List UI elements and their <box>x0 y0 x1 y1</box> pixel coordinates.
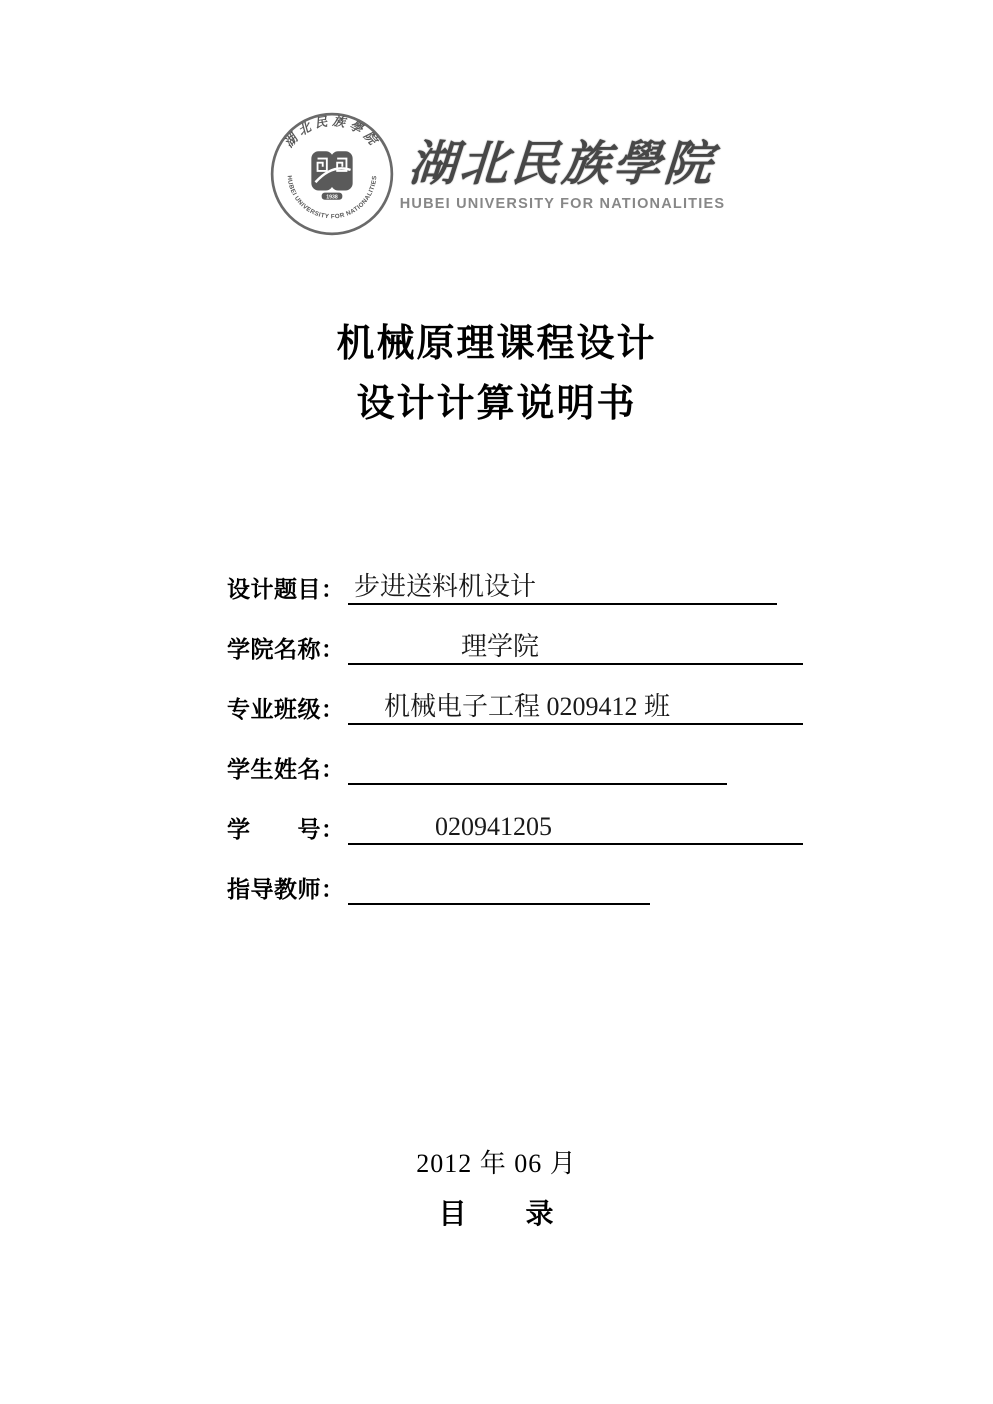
field-advisor: 指导教师： <box>227 869 803 905</box>
field-student-name-underline <box>348 749 727 785</box>
university-logo: 湖北民族學院 HUBEI UNIVERSITY FOR NATIONALITIE… <box>0 110 993 238</box>
field-advisor-underline <box>348 869 650 905</box>
field-design-topic-value: 步进送料机设计 <box>348 573 536 603</box>
cover-form: 设计题目： 步进送料机设计 学院名称： 理学院 专业班级： 机械电子工程 020… <box>227 569 803 929</box>
university-name-block: 湖北民族學院 HUBEI UNIVERSITY FOR NATIONALITIE… <box>400 136 725 213</box>
field-major-class-label: 专业班级： <box>227 698 348 725</box>
field-student-name-label: 学生姓名： <box>227 758 348 785</box>
field-college-name-underline: 理学院 <box>348 629 803 665</box>
document-date: 2012 年 06 月 <box>0 1143 993 1180</box>
field-major-class-value: 机械电子工程 0209412 班 <box>348 693 670 723</box>
field-college-name-label: 学院名称： <box>227 638 348 665</box>
field-student-id: 学 号： 020941205 <box>227 809 803 845</box>
university-name-english: HUBEI UNIVERSITY FOR NATIONALITIES <box>400 196 725 212</box>
document-title-line2: 设计计算说明书 <box>0 373 993 433</box>
field-major-class: 专业班级： 机械电子工程 0209412 班 <box>227 689 803 725</box>
field-student-name: 学生姓名： <box>227 749 803 785</box>
document-title-line1: 机械原理课程设计 <box>0 313 993 373</box>
field-student-id-underline: 020941205 <box>348 809 803 845</box>
field-design-topic-label: 设计题目： <box>227 578 348 605</box>
university-seal-icon: 湖北民族學院 HUBEI UNIVERSITY FOR NATIONALITIE… <box>268 110 396 238</box>
field-student-id-label: 学 号： <box>227 818 348 845</box>
seal-year-text: 1938 <box>326 194 338 200</box>
field-advisor-label: 指导教师： <box>227 878 348 905</box>
field-college-name: 学院名称： 理学院 <box>227 629 803 665</box>
field-college-name-value: 理学院 <box>348 633 539 663</box>
field-design-topic: 设计题目： 步进送料机设计 <box>227 569 803 605</box>
document-title-block: 机械原理课程设计 设计计算说明书 <box>0 313 993 433</box>
toc-heading: 目 录 <box>0 1192 993 1232</box>
field-student-id-value: 020941205 <box>348 813 552 843</box>
document-cover-page: 湖北民族學院 HUBEI UNIVERSITY FOR NATIONALITIE… <box>0 0 993 1404</box>
field-design-topic-underline: 步进送料机设计 <box>348 569 777 605</box>
field-major-class-underline: 机械电子工程 0209412 班 <box>348 689 803 725</box>
university-name-chinese: 湖北民族學院 <box>407 136 717 194</box>
